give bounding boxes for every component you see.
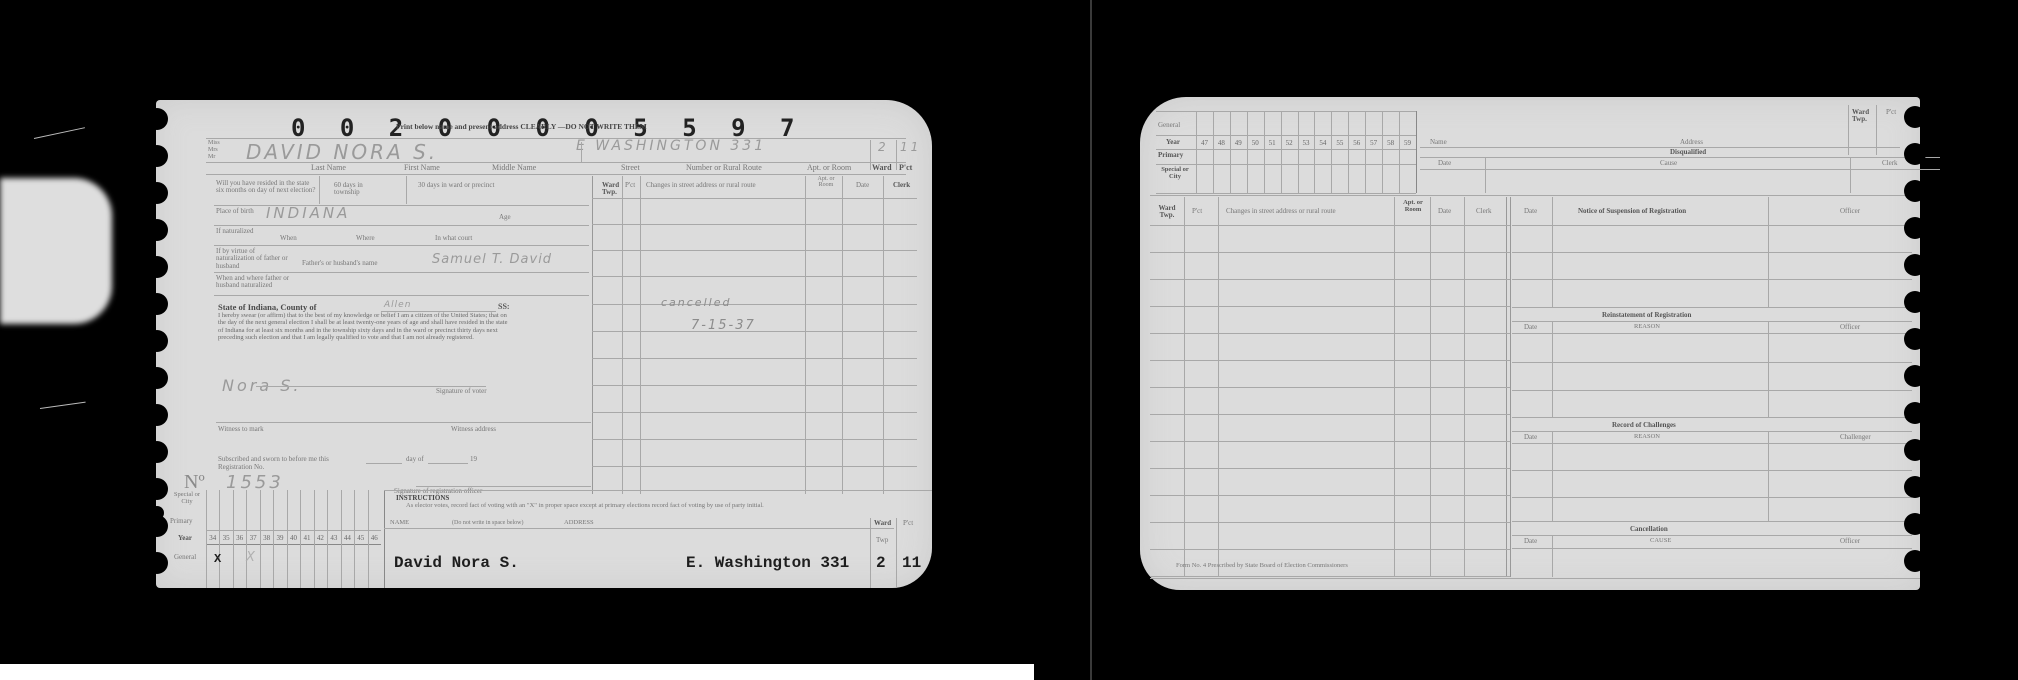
perforation-hole [146, 330, 168, 352]
oath-county-value: Allen [384, 300, 411, 310]
title-mr: Mr [208, 154, 215, 160]
typed-address: E. Washington 331 [686, 554, 849, 572]
perforation-hole [146, 182, 168, 204]
registration-no-label: Registration No. [218, 464, 264, 471]
perforation-hole [1904, 439, 1926, 461]
perforation-hole [146, 441, 168, 463]
perforation-hole [1904, 476, 1926, 498]
suspension-header-date: Date [1524, 208, 1537, 215]
label-apt: Apt. or Room [807, 164, 851, 172]
handwritten-address: E WASHINGTON 331 [576, 138, 766, 154]
when-where-father-label: When and where father or husband natural… [216, 275, 311, 290]
year-cell: 36 [233, 534, 246, 542]
ward-days-label: 30 days in ward or precinct [418, 182, 498, 189]
year-cell: 37 [246, 534, 259, 542]
court-label: In what court [435, 235, 472, 242]
address-label: Address [1680, 139, 1703, 146]
perforation-hole [146, 515, 168, 537]
perforation-hole [1904, 180, 1926, 202]
father-name-label: Father's or husband's name [302, 260, 377, 267]
year-cell: 44 [341, 534, 354, 542]
year-cell: 41 [300, 534, 313, 542]
perforation-hole [1904, 106, 1926, 128]
perforation-hole [1904, 513, 1926, 535]
handwritten-name: DAVID NORA S. [246, 140, 438, 164]
township-label: 60 days in township [334, 182, 384, 197]
perforation-hole [146, 552, 168, 574]
year-cell: 42 [314, 534, 327, 542]
perforation-hole [146, 145, 168, 167]
general-mark-36: X [246, 550, 258, 565]
oath-ss: SS: [498, 303, 510, 311]
label-middle-name: Middle Name [492, 164, 536, 172]
general-mark-34: X [214, 552, 221, 566]
pct-col-label: P'ct [903, 520, 913, 527]
address-col-label: ADDRESS [564, 520, 594, 527]
cancellation-header-officer: Officer [1840, 538, 1860, 545]
registration-no-symbol: Nº [184, 472, 205, 493]
perforation-hole [1904, 143, 1926, 165]
film-scratch [40, 402, 86, 409]
grid-row-special: Special or City [172, 492, 202, 506]
changes-header-apt: Apt. or Room [812, 176, 840, 189]
instruction-header: Print below name and present address CLE… [396, 123, 647, 131]
father-name-value: Samuel T. David [432, 252, 552, 267]
perforation-hole [146, 293, 168, 315]
year-cell: 34 [206, 534, 219, 542]
perforation-hole [1904, 254, 1926, 276]
year-cell: 46 [368, 534, 381, 542]
film-edge-strip [0, 664, 1034, 680]
perforation-hole [146, 404, 168, 426]
perforation-hole [1904, 550, 1926, 572]
label-pct: P'ct [899, 164, 912, 172]
reinstatement-header-reason: REASON [1634, 324, 1660, 331]
label-number: Number or Rural Route [686, 164, 762, 172]
cancellation-title: Cancellation [1630, 526, 1668, 533]
title-miss: Miss [208, 140, 220, 146]
label-first-name: First Name [404, 164, 440, 172]
changes-header-ward: Ward Twp. [602, 182, 622, 197]
oath-text: I hereby swear (or affirm) that to the b… [218, 312, 508, 342]
year-prefix: 19 [470, 456, 477, 463]
cancellation-header-cause: CAUSE [1650, 538, 1671, 545]
typed-ward: 2 [876, 554, 886, 572]
perforation-hole [1904, 291, 1926, 313]
changes-rows [1150, 97, 1510, 577]
registration-no-value: 1553 [226, 472, 284, 493]
naturalized-label: If naturalized [216, 228, 261, 235]
perforation-hole [1904, 365, 1926, 387]
typed-pct: 11 [902, 554, 921, 572]
do-not-write-label: (Do not write in space below) [452, 520, 523, 526]
name-col-label: NAME [390, 520, 409, 527]
where-label: Where [356, 235, 375, 242]
film-frame-divider [1090, 0, 1092, 680]
witness-address-label: Witness address [451, 426, 496, 433]
year-cell: 39 [273, 534, 286, 542]
challenges-title: Record of Challenges [1612, 422, 1676, 429]
year-cell: 35 [219, 534, 232, 542]
changes-header-address: Changes in street address or rural route [646, 182, 756, 189]
perforation-hole [146, 108, 168, 130]
perforation-hole [146, 478, 168, 500]
film-scratch [34, 127, 85, 139]
instructions-text: As elector votes, record fact of voting … [406, 503, 801, 510]
disqualified-label: Disqualified [1670, 149, 1706, 156]
virtue-label: If by virtue of naturalization of father… [216, 248, 291, 270]
ward-twp-label: Ward Twp. [1852, 109, 1872, 124]
changes-header-clerk: Clerk [893, 182, 910, 189]
handwritten-ward: 2 [878, 140, 889, 154]
changes-header-pct: P'ct [625, 182, 635, 189]
place-of-birth-value: INDIANA [266, 204, 350, 222]
label-ward: Ward [872, 164, 892, 172]
grid-row-primary: Primary [170, 518, 193, 525]
twp-col-label: Twp [876, 537, 888, 544]
perforation-hole [1904, 328, 1926, 350]
voter-signature-label: Signature of voter [436, 388, 487, 395]
disqualified-clerk-label: Clerk [1882, 160, 1898, 167]
perforation-hole [146, 219, 168, 241]
year-row: 34353637383940414243444546 [206, 532, 381, 544]
year-cell: 43 [327, 534, 340, 542]
challenges-header-date: Date [1524, 434, 1537, 441]
registration-card-back: General Year 47484950515253545556575859 … [1140, 97, 1920, 590]
perforation-hole [1904, 402, 1926, 424]
reinstatement-header-officer: Officer [1840, 324, 1860, 331]
oath-title: State of Indiana, County of [218, 303, 316, 312]
disqualified-cause-label: Cause [1660, 160, 1677, 167]
grid-row-general: General [174, 554, 196, 561]
reinstatement-header-date: Date [1524, 324, 1537, 331]
year-cell: 40 [287, 534, 300, 542]
when-label: When [280, 235, 297, 242]
handwritten-pct: 11 [900, 140, 921, 154]
cancellation-header-date: Date [1524, 538, 1537, 545]
suspension-header-title: Notice of Suspension of Registration [1578, 208, 1686, 215]
changes-entry-date: 7-15-37 [691, 318, 756, 333]
label-street: Street [621, 164, 640, 172]
label-last-name: Last Name [311, 164, 346, 172]
suspension-header-officer: Officer [1840, 208, 1860, 215]
perforation-hole [146, 367, 168, 389]
day-of-label: day of [406, 456, 424, 463]
grid-row-year: Year [178, 535, 192, 542]
age-label: Age [499, 214, 511, 221]
challenges-header-challenger: Challenger [1840, 434, 1871, 441]
film-light-leak [0, 178, 112, 324]
residence-question: Will you have resided in the state six m… [216, 180, 316, 195]
changes-entry-cancelled: cancelled [661, 296, 731, 309]
ward-col-label: Ward [874, 520, 891, 527]
title-mrs: Mrs [208, 147, 218, 153]
perforation-hole [1904, 217, 1926, 239]
pct-label: P'ct [1886, 109, 1896, 116]
year-cell: 45 [354, 534, 367, 542]
perforation-hole [146, 256, 168, 278]
registration-card-front: 0 0 2 0 0 0 0 5 5 9 7 Print below name a… [156, 100, 932, 588]
form-footer: Form No. 4 Prescribed by State Board of … [1176, 563, 1348, 570]
challenges-header-reason: REASON [1634, 434, 1660, 441]
typed-name: David Nora S. [394, 554, 519, 572]
changes-header-date: Date [856, 182, 869, 189]
year-cell: 38 [260, 534, 273, 542]
place-of-birth-label: Place of birth [216, 208, 256, 215]
reinstatement-title: Reinstatement of Registration [1602, 312, 1691, 319]
witness-mark-label: Witness to mark [218, 426, 264, 433]
